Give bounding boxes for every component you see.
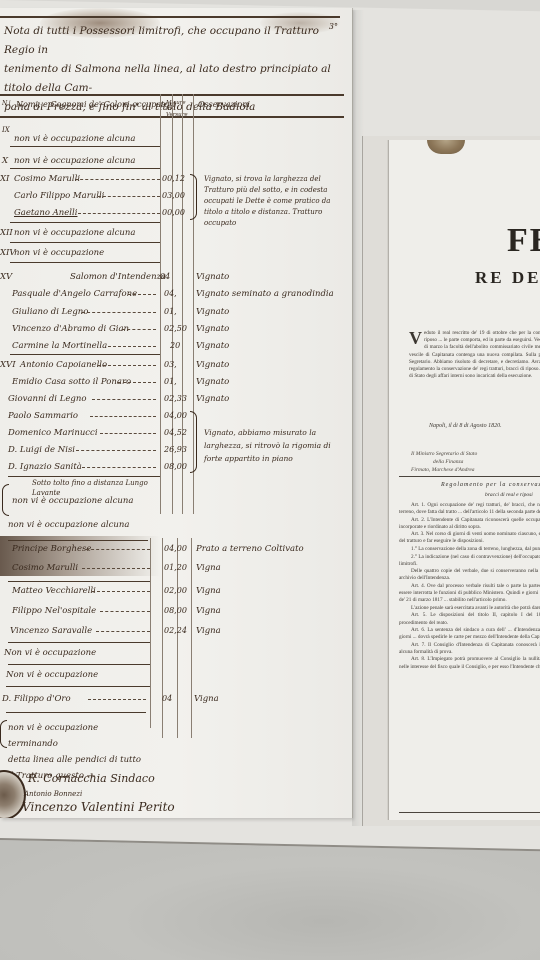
- grouping-brace: [0, 720, 7, 748]
- grouping-brace: [2, 484, 9, 516]
- column-divider: [160, 94, 161, 514]
- row-section: X: [2, 156, 8, 166]
- article-paragraph: Art. 5. Le disposizioni del titolo II, c…: [399, 612, 540, 626]
- regulation-subtitle: bracci di real e riposi: [485, 492, 533, 498]
- top-rule: [0, 16, 340, 18]
- row-observation: Vigna: [196, 626, 221, 636]
- row-rule: [10, 242, 160, 243]
- row-value: 00,00: [162, 208, 185, 217]
- row-name: Antonio Capoianello: [20, 360, 107, 370]
- column-divider: [191, 538, 192, 738]
- title-line-1: Nota di tutti i Possessori limitrofi, ch…: [4, 22, 334, 60]
- minister-line: Il Ministro Segretario di Stato: [411, 450, 531, 458]
- leader-dots: [108, 341, 156, 347]
- article-paragraph: Art. 2. L'Intendente di Capitanata ricon…: [399, 517, 540, 531]
- row-rule: [6, 686, 150, 687]
- regulation-articles: Art. 1. Ogni occupazione de' regi trattu…: [399, 502, 540, 671]
- row-section: XV: [0, 272, 12, 282]
- leader-dots: [90, 411, 156, 417]
- leader-dots: [122, 324, 156, 330]
- row-name: Non vi è occupazione: [4, 648, 96, 658]
- row-name: Non vi è occupazione: [6, 670, 98, 680]
- leader-dots: [82, 563, 150, 569]
- handwritten-ledger-page: Nota di tutti i Possessori limitrofi, ch…: [0, 8, 352, 818]
- page-number: 3°: [329, 22, 338, 31]
- leader-dots: [92, 586, 150, 592]
- leader-dots: [78, 208, 160, 214]
- row-value: 03,00: [162, 191, 185, 200]
- row-name: Filippo Nel'ospitale: [12, 606, 96, 616]
- column-divider: [162, 538, 163, 738]
- row-section: XII: [0, 228, 13, 238]
- row-name: Carlo Filippo Marulli: [14, 191, 104, 201]
- row-value: 02,24: [164, 626, 187, 635]
- row-observation: Vignato: [196, 394, 229, 404]
- bottom-rule: [399, 812, 540, 813]
- row-observation: Vignato: [196, 360, 229, 370]
- article-paragraph: Delle quattro copie del verbale, due si …: [399, 568, 540, 582]
- minister-line: della Finanza: [411, 458, 531, 466]
- leader-dots: [76, 445, 156, 451]
- article-paragraph: Art. 8. L'Impiegato potrà promuovere al …: [399, 656, 540, 670]
- leader-dots: [100, 606, 150, 612]
- leader-dots: [96, 626, 150, 632]
- row-observation: Vigna: [196, 586, 221, 596]
- row-name: non vi è occupazione: [14, 248, 104, 258]
- signature-witness: Antonio Bonnezi: [24, 790, 82, 798]
- row-name: Cosimo Marulli: [14, 174, 80, 184]
- row-rule: [10, 146, 160, 147]
- leader-dots: [86, 544, 150, 550]
- row-section: XVI: [0, 360, 16, 370]
- row-name: non vi è occupazione alcuna: [14, 134, 135, 144]
- row-value: 26,93: [164, 445, 187, 454]
- row-section: IX: [2, 126, 10, 134]
- row-observation: Vignato: [196, 307, 229, 317]
- article-paragraph: Art. 4. Ove dal processo verbale risulti…: [399, 583, 540, 604]
- row-name: Salomon d'Intendenza: [70, 272, 166, 282]
- row-name: non vi è occupazione alcuna: [12, 496, 133, 506]
- row-observation: Vigna: [194, 694, 219, 704]
- row-rule: [10, 222, 160, 223]
- closing-note-line: detta linea alle pendici di tutto: [8, 752, 148, 768]
- signature-perito: Vincenzo Valentini Perito: [22, 800, 175, 814]
- row-observation: Vignato: [196, 272, 229, 282]
- grouping-brace: [190, 174, 197, 220]
- row-value: 20: [170, 341, 180, 350]
- row-value: 04,00: [164, 544, 187, 553]
- leader-dots: [75, 174, 160, 180]
- row-rule: [8, 642, 150, 643]
- row-rule: [8, 476, 160, 477]
- row-value: 03,: [164, 360, 177, 369]
- row-value: 02,33: [164, 394, 187, 403]
- title-line-2: tenimento di Salmona nella linea, al lat…: [4, 60, 334, 98]
- row-name: Paolo Sammario: [8, 411, 78, 421]
- row-name: non vi è occupazione alcuna: [14, 228, 135, 238]
- preamble-text: eduto il real rescritto de' 19 di ottobr…: [409, 330, 540, 379]
- minister-line: Firmato, Marchese d'Andrea: [411, 466, 531, 474]
- row-name: D. Luigi de Nisi: [8, 445, 75, 455]
- row-name: D. Filippo d'Oro: [2, 694, 71, 704]
- leader-dots: [82, 307, 156, 313]
- row-observation: Vignato: [196, 341, 229, 351]
- decree-date: Napoli, il di 8 di Agosto 1820.: [429, 423, 502, 429]
- column-divider: [150, 538, 151, 728]
- row-section: XI: [0, 174, 9, 184]
- article-paragraph: L'azione penale sarà esercitata avanti l…: [399, 605, 540, 612]
- row-value: 04,52: [164, 428, 187, 437]
- row-name: Carmine la Mortinella: [12, 341, 107, 351]
- row-value: 00,12: [162, 174, 185, 183]
- wall-lower-area: [0, 832, 540, 960]
- row-name: Cosimo Marulli: [12, 563, 78, 573]
- decree-heading: FE: [507, 222, 540, 260]
- row-name: Pasquale d'Angelo Carrafone: [12, 289, 137, 299]
- row-value: 01,20: [164, 563, 187, 572]
- leader-dots: [100, 428, 156, 434]
- row-observation: Vigna: [196, 606, 221, 616]
- header-observations: Osservazioni: [198, 100, 250, 109]
- row-rule: [6, 712, 146, 713]
- row-name: non vi è occupazione alcuna: [14, 156, 135, 166]
- row-value: 04,00: [164, 411, 187, 420]
- section-rule: [399, 476, 540, 477]
- row-observation: Vignato: [196, 377, 229, 387]
- row-value: 02,00: [164, 586, 187, 595]
- row-value: 01,: [164, 307, 177, 316]
- row-name: Vincenzo d'Abramo di Gian: [12, 324, 129, 334]
- article-paragraph: Art. 6. La sentenza del sindaco a cura d…: [399, 627, 540, 641]
- row-name: non vi è occupazione alcuna: [8, 520, 129, 530]
- leader-dots: [128, 289, 156, 295]
- row-rule: [8, 581, 150, 582]
- leader-dots: [88, 694, 146, 700]
- row-name: Giuliano di Legno: [12, 307, 88, 317]
- row-observation: Vigna: [196, 563, 221, 573]
- closing-note-line: non vi è occupazione terminando: [8, 720, 148, 752]
- printed-royal-decree: FE RE DE V eduto il real rescritto de' 1…: [388, 140, 540, 820]
- decree-preamble: V eduto il real rescritto de' 19 di otto…: [409, 330, 540, 380]
- row-name: Vincenzo Saravalle: [10, 626, 92, 636]
- row-name: Matteo Vecchiarelli: [12, 586, 96, 596]
- row-name: D. Ignazio Sanità: [8, 462, 82, 472]
- signature-sindaco: R. Cornacchia Sindaco: [28, 772, 155, 785]
- row-value: 04: [160, 272, 170, 281]
- row-observation: Vignato: [196, 324, 229, 334]
- row-value: 04: [162, 694, 172, 703]
- drop-cap: V: [409, 330, 422, 346]
- row-value: 04,: [164, 289, 177, 298]
- article-paragraph: Art. 7. Il Consiglio d'Intendenza di Cap…: [399, 642, 540, 656]
- row-value: 08,00: [164, 606, 187, 615]
- side-note: Sotto tolto fino a distanza Lungo Lavant…: [32, 478, 152, 498]
- row-rule: [8, 664, 150, 665]
- header-number: N.i: [2, 100, 11, 107]
- row-name: Gaetano Anelli: [14, 208, 77, 218]
- row-value: 01,: [164, 377, 177, 386]
- regulation-title: Regolamento per la conservazione: [441, 482, 540, 488]
- row-name: Principe Borghese: [12, 544, 91, 554]
- leader-dots: [92, 394, 156, 400]
- royal-crest-emblem: [427, 140, 465, 154]
- row-name: Domenico Marinucci: [8, 428, 98, 438]
- leader-dots: [98, 191, 160, 197]
- article-paragraph: Art. 3. Nel corso di giorni di venti uom…: [399, 531, 540, 545]
- row-rule: [8, 540, 148, 541]
- bracket-note: Vignato, abbiamo misurato la larghezza, …: [204, 426, 334, 465]
- leader-dots: [98, 360, 156, 366]
- row-rule: [10, 354, 160, 355]
- row-name: Emidio Casa sotto il Ponaro: [12, 377, 131, 387]
- header-names: Nomi, e Cognomi de' Coloni occupatori: [16, 100, 175, 109]
- row-rule: [10, 168, 160, 169]
- article-paragraph: 2.° La indicazione (nel caso di contravv…: [399, 554, 540, 568]
- grouping-brace: [190, 411, 197, 473]
- bracket-note: Vignato, si trova la larghezza del Tratt…: [204, 174, 342, 229]
- row-observation: Vignato seminato a granodindia: [196, 289, 334, 299]
- row-value: 08,00: [164, 462, 187, 471]
- minister-signature-block: Il Ministro Segretario di Stato della Fi…: [411, 450, 531, 474]
- row-name: Giovanni di Legno: [8, 394, 86, 404]
- article-paragraph: 1.° La conservazione della zona di terre…: [399, 546, 540, 553]
- leader-dots: [82, 462, 156, 468]
- row-value: 02,50: [164, 324, 187, 333]
- leader-dots: [118, 377, 156, 383]
- row-observation: Prato a terreno Coltivato: [196, 544, 304, 554]
- row-rule: [10, 262, 160, 263]
- decree-subheading: RE DE: [475, 268, 540, 288]
- article-paragraph: Art. 1. Ogni occupazione de' regi trattu…: [399, 502, 540, 516]
